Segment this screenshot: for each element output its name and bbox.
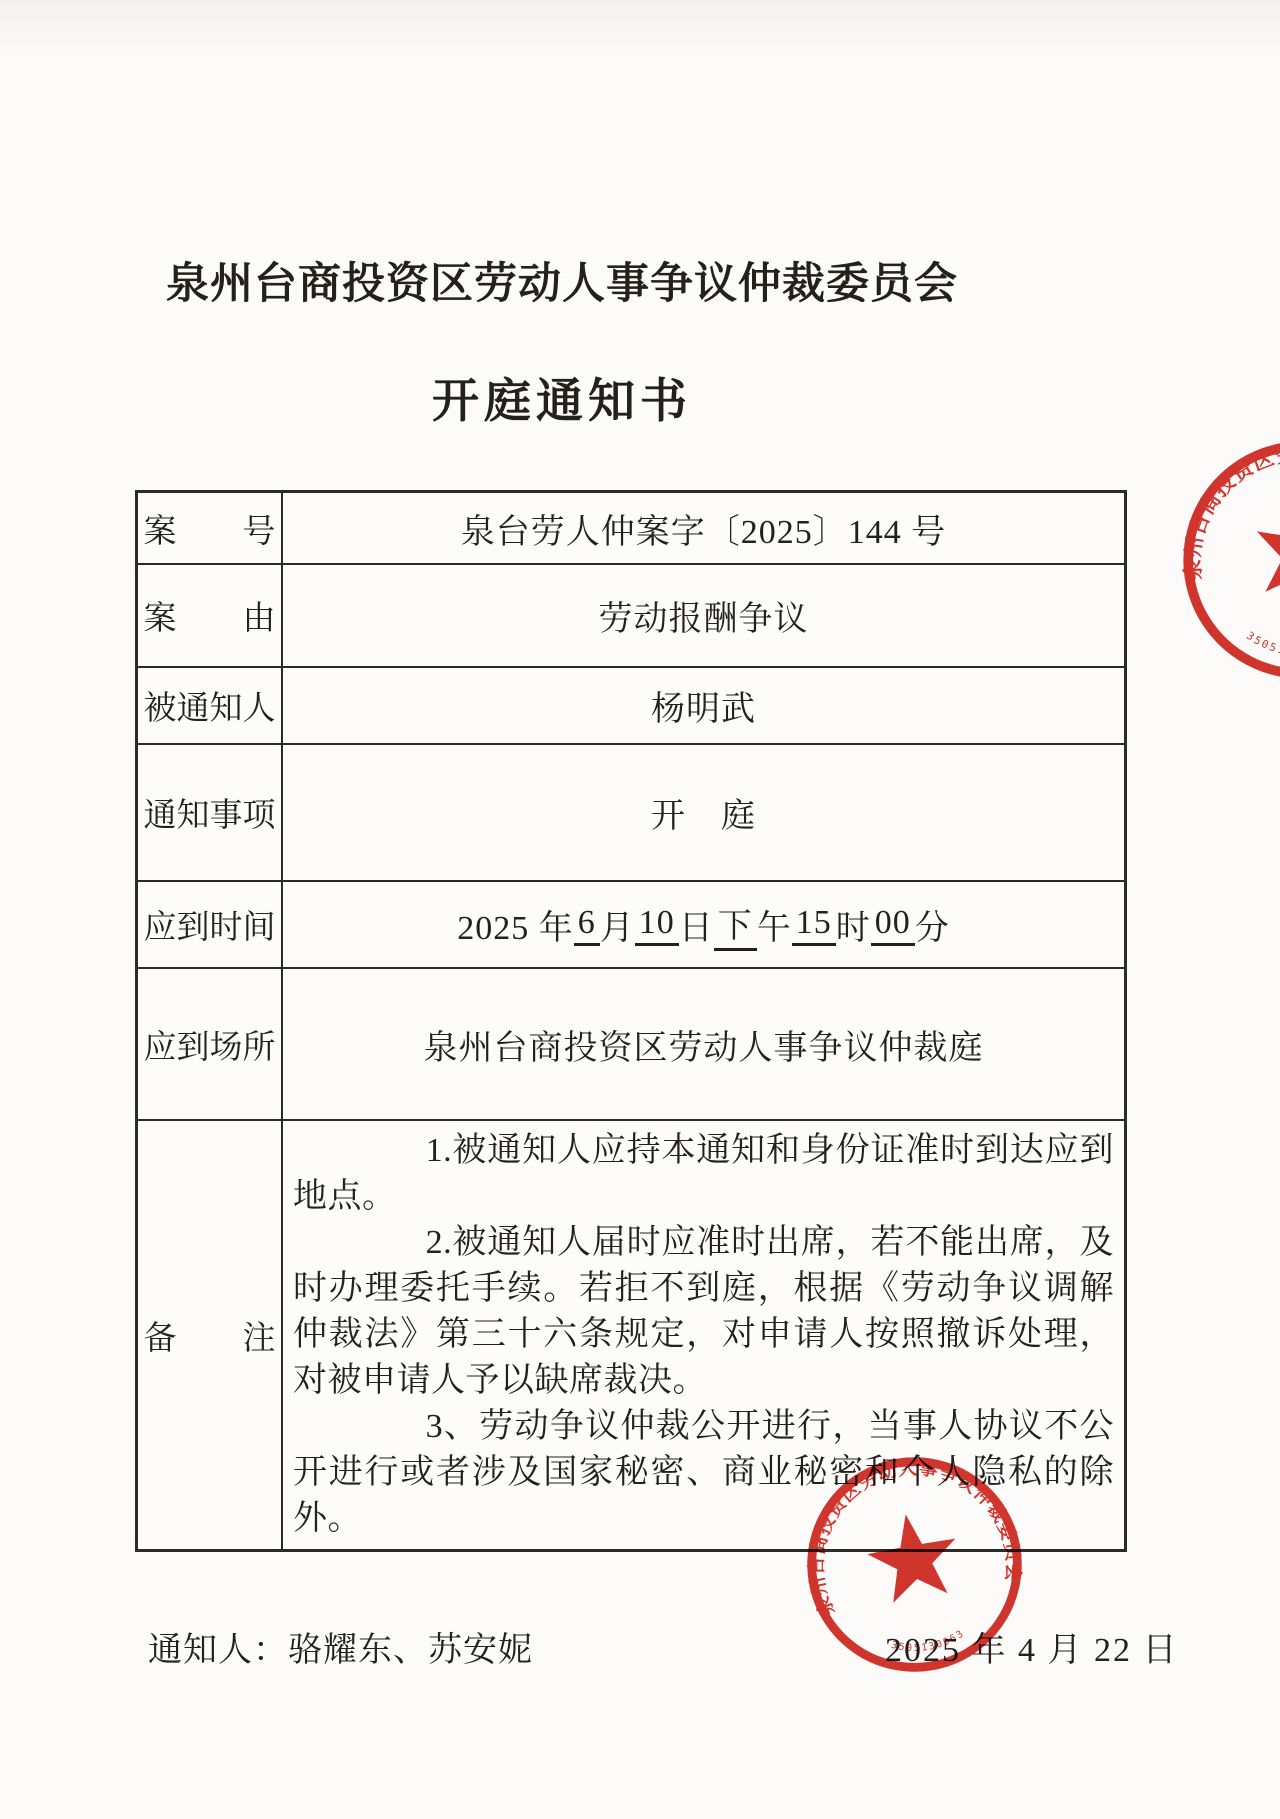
time-day: 10 xyxy=(635,904,679,946)
remark-paragraph-3: 3、劳动争议仲裁公开进行，当事人协议不公开进行或者涉及国家秘密、商业秘密和个人隐… xyxy=(293,1404,1114,1542)
time-hour: 15 xyxy=(792,904,836,946)
case-cause-label: 案 由 xyxy=(138,565,283,666)
document-title: 开庭通知书 xyxy=(0,364,1124,431)
official-seal-top-right: 泉州台商投资区劳动人事争议仲裁委员会 3505130063 xyxy=(1151,409,1280,710)
hearing-notice-page: 泉州台商投资区劳动人事争议仲裁委员会 开庭通知书 案 号 泉台劳人仲案字〔202… xyxy=(0,0,1280,1819)
remark-paragraph-1: 1.被通知人应持本通知和身份证准时到达应到地点。 xyxy=(293,1128,1114,1220)
notified-person-value: 杨明武 xyxy=(283,668,1124,743)
time-part-year: 2025 年 xyxy=(457,900,574,949)
time-part-half-unit: 午 xyxy=(757,900,792,949)
remarks-label: 备 注 xyxy=(138,1121,283,1549)
case-number-label: 案 号 xyxy=(138,493,283,563)
seal-star-icon xyxy=(1247,496,1280,606)
issue-date: 2025 年 4 月 22 日 xyxy=(885,1622,1179,1671)
notifier-line: 通知人：骆耀东、苏安妮 xyxy=(148,1622,533,1671)
remarks-value: 1.被通知人应持本通知和身份证准时到达应到地点。 2.被通知人届时应准时出席，若… xyxy=(283,1121,1124,1549)
notice-table: 案 号 泉台劳人仲案字〔2025〕144 号 案 由 劳动报酬争议 被通知人 杨… xyxy=(135,490,1127,1552)
seal-serial-number: 3505130063 xyxy=(1242,628,1280,665)
hearing-place-value: 泉州台商投资区劳动人事争议仲裁庭 xyxy=(283,969,1124,1119)
committee-title: 泉州台商投资区劳动人事争议仲裁委员会 xyxy=(0,250,1124,311)
hearing-time-value: 2025 年 6 月 10 日下午 15 时 00 分 xyxy=(283,882,1124,967)
case-cause-value: 劳动报酬争议 xyxy=(283,565,1124,666)
time-part-day-unit: 日 xyxy=(679,900,714,949)
notifier-label: 通知人： xyxy=(148,1632,288,1669)
time-half-day: 下 xyxy=(714,898,757,951)
seal-ring-label: 泉州台商投资区劳动人事争议仲裁委员会 xyxy=(1176,422,1280,622)
notice-matter-label: 通知事项 xyxy=(138,745,283,880)
notice-matter-value: 开 庭 xyxy=(283,745,1124,880)
table-row-notice-matter: 通知事项 开 庭 xyxy=(138,743,1124,880)
notifier-names: 骆耀东、苏安妮 xyxy=(288,1632,533,1669)
hearing-time-label: 应到时间 xyxy=(138,882,283,967)
table-row-case-number: 案 号 泉台劳人仲案字〔2025〕144 号 xyxy=(138,493,1124,563)
time-part-minute-unit: 分 xyxy=(915,900,950,949)
time-minute: 00 xyxy=(871,904,915,946)
time-month: 6 xyxy=(574,904,600,946)
table-row-hearing-time: 应到时间 2025 年 6 月 10 日下午 15 时 00 分 xyxy=(138,880,1124,967)
remark-paragraph-2: 2.被通知人届时应准时出席，若不能出席，及时办理委托手续。若拒不到庭，根据《劳动… xyxy=(293,1220,1114,1404)
seal-ring xyxy=(1170,428,1280,692)
official-seal-graphic: 泉州台商投资区劳动人事争议仲裁委员会 3505130063 xyxy=(1151,409,1280,710)
time-part-hour-unit: 时 xyxy=(836,900,871,949)
notified-person-label: 被通知人 xyxy=(138,668,283,743)
table-row-case-cause: 案 由 劳动报酬争议 xyxy=(138,563,1124,666)
table-row-hearing-place: 应到场所 泉州台商投资区劳动人事争议仲裁庭 xyxy=(138,967,1124,1119)
hearing-place-label: 应到场所 xyxy=(138,969,283,1119)
case-number-value: 泉台劳人仲案字〔2025〕144 号 xyxy=(283,493,1124,563)
table-row-remarks: 备 注 1.被通知人应持本通知和身份证准时到达应到地点。 2.被通知人届时应准时… xyxy=(138,1119,1124,1549)
table-row-notified-person: 被通知人 杨明武 xyxy=(138,666,1124,743)
time-part-month-unit: 月 xyxy=(600,900,635,949)
